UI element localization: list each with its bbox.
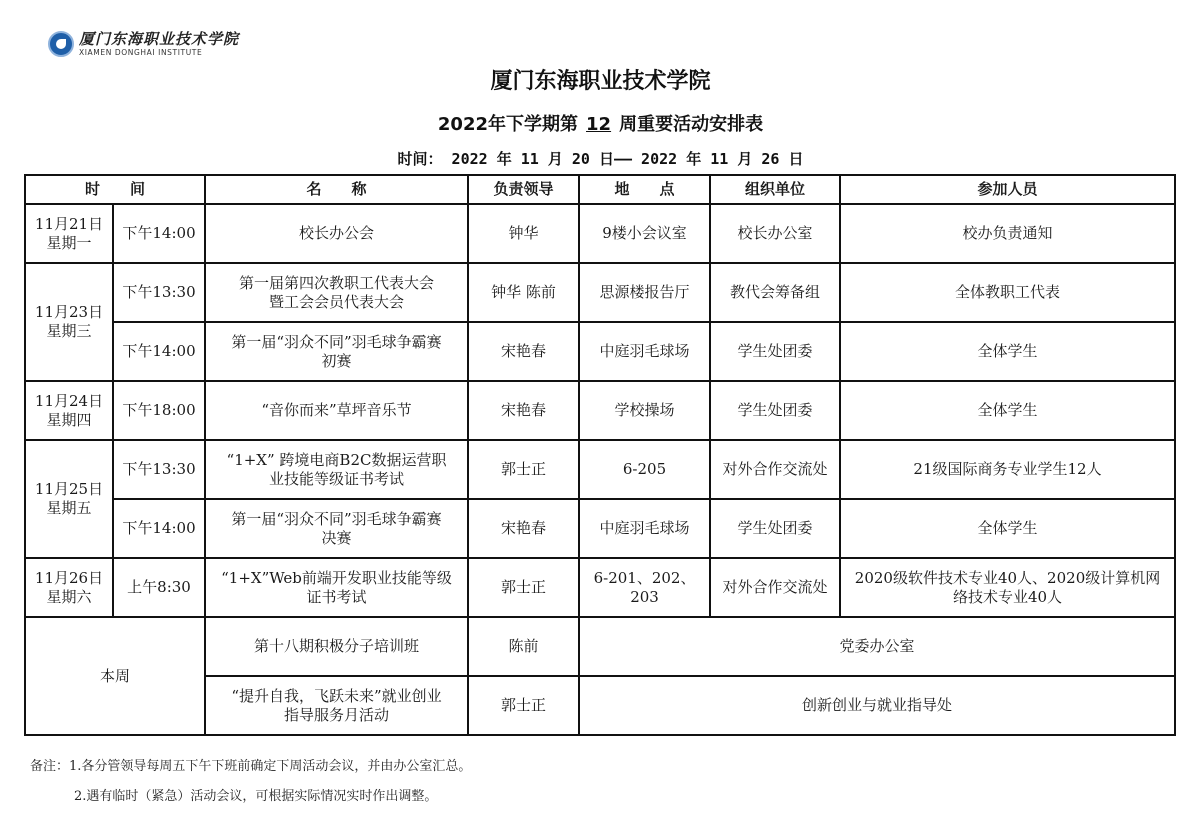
- date-cell: 11月23日星期三: [25, 263, 113, 381]
- table-row: 11月24日星期四下午18:00“音你而来”草坪音乐节宋艳春学校操场学生处团委全…: [25, 381, 1175, 440]
- date-cell: 11月21日星期一: [25, 204, 113, 263]
- org-cell: 学生处团委: [710, 499, 840, 558]
- place-cell: 学校操场: [579, 381, 710, 440]
- org-cell: 教代会筹备组: [710, 263, 840, 322]
- schedule-table: 时 间 名 称 负责领导 地 点 组织单位 参加人员 11月21日星期一下午14…: [24, 174, 1176, 736]
- place-cell: 6-205: [579, 440, 710, 499]
- leader-cell: 宋艳春: [468, 322, 579, 381]
- activity-name-cell: 第一届“羽众不同”羽毛球争霸赛决赛: [205, 499, 468, 558]
- week-number: 12: [578, 114, 619, 135]
- leader-cell: 宋艳春: [468, 381, 579, 440]
- place-cell: 9楼小会议室: [579, 204, 710, 263]
- activity-name-cell: 第十八期积极分子培训班: [205, 617, 468, 676]
- attendees-cell: 全体教职工代表: [840, 263, 1175, 322]
- this-week-label: 本周: [25, 617, 205, 735]
- header-place: 地 点: [579, 175, 710, 204]
- note-2: 2.遇有临时（紧急）活动会议，可根据实际情况实时作出调整。: [30, 788, 471, 818]
- table-row: 下午14:00第一届“羽众不同”羽毛球争霸赛初赛宋艳春中庭羽毛球场学生处团委全体…: [25, 322, 1175, 381]
- table-row: 11月26日星期六上午8:30“1+X”Web前端开发职业技能等级证书考试郭士正…: [25, 558, 1175, 617]
- document-title: 厦门东海职业技术学院: [0, 64, 1201, 95]
- logo-en-name: XIAMEN DONGHAI INSTITUTE: [79, 49, 239, 57]
- time-cell: 下午14:00: [113, 322, 205, 381]
- time-cell: 下午18:00: [113, 381, 205, 440]
- date-cell: 11月24日星期四: [25, 381, 113, 440]
- leader-cell: 郭士正: [468, 440, 579, 499]
- time-cell: 下午14:00: [113, 204, 205, 263]
- attendees-cell: 全体学生: [840, 322, 1175, 381]
- table-row: 11月21日星期一下午14:00校长办公会钟华9楼小会议室校长办公室校办负责通知: [25, 204, 1175, 263]
- school-emblem-icon: [48, 31, 74, 57]
- activity-name-cell: “1+X”Web前端开发职业技能等级证书考试: [205, 558, 468, 617]
- org-cell: 创新创业与就业指导处: [579, 676, 1175, 735]
- org-cell: 党委办公室: [579, 617, 1175, 676]
- place-cell: 中庭羽毛球场: [579, 322, 710, 381]
- attendees-cell: 全体学生: [840, 499, 1175, 558]
- this-week-row: 本周第十八期积极分子培训班陈前党委办公室: [25, 617, 1175, 676]
- activity-name-cell: “提升自我，飞跃未来”就业创业指导服务月活动: [205, 676, 468, 735]
- place-cell: 6-201、202、203: [579, 558, 710, 617]
- header-attendees: 参加人员: [840, 175, 1175, 204]
- time-cell: 下午13:30: [113, 263, 205, 322]
- header-leader: 负责领导: [468, 175, 579, 204]
- activity-name-cell: “1+X” 跨境电商B2C数据运营职业技能等级证书考试: [205, 440, 468, 499]
- org-cell: 对外合作交流处: [710, 558, 840, 617]
- table-row: 11月23日星期三下午13:30第一届第四次教职工代表大会暨工会会员代表大会钟华…: [25, 263, 1175, 322]
- org-cell: 校长办公室: [710, 204, 840, 263]
- leader-cell: 陈前: [468, 617, 579, 676]
- attendees-cell: 校办负责通知: [840, 204, 1175, 263]
- activity-name-cell: 第一届第四次教职工代表大会暨工会会员代表大会: [205, 263, 468, 322]
- date-cell: 11月26日星期六: [25, 558, 113, 617]
- notes: 备注：1.各分管领导每周五下午下班前确定下周活动会议，并由办公室汇总。 2.遇有…: [30, 758, 471, 818]
- header-time: 时 间: [25, 175, 205, 204]
- date-range: 时间： 2022 年 11 月 20 日—— 2022 年 11 月 26 日: [0, 148, 1201, 169]
- leader-cell: 钟华: [468, 204, 579, 263]
- header-name: 名 称: [205, 175, 468, 204]
- org-cell: 对外合作交流处: [710, 440, 840, 499]
- document-subtitle: 2022年下学期第12周重要活动安排表: [0, 110, 1201, 136]
- date-cell: 11月25日星期五: [25, 440, 113, 558]
- subtitle-prefix: 2022年下学期第: [438, 114, 578, 135]
- time-cell: 上午8:30: [113, 558, 205, 617]
- org-cell: 学生处团委: [710, 322, 840, 381]
- school-logo: 厦门东海职业技术学院 XIAMEN DONGHAI INSTITUTE: [48, 31, 239, 57]
- leader-cell: 宋艳春: [468, 499, 579, 558]
- activity-name-cell: 校长办公会: [205, 204, 468, 263]
- place-cell: 中庭羽毛球场: [579, 499, 710, 558]
- table-row: 11月25日星期五下午13:30“1+X” 跨境电商B2C数据运营职业技能等级证…: [25, 440, 1175, 499]
- time-cell: 下午13:30: [113, 440, 205, 499]
- leader-cell: 郭士正: [468, 676, 579, 735]
- attendees-cell: 21级国际商务专业学生12人: [840, 440, 1175, 499]
- logo-cn-name: 厦门东海职业技术学院: [79, 32, 239, 47]
- header-org: 组织单位: [710, 175, 840, 204]
- header-row: 时 间 名 称 负责领导 地 点 组织单位 参加人员: [25, 175, 1175, 204]
- attendees-cell: 全体学生: [840, 381, 1175, 440]
- activity-name-cell: 第一届“羽众不同”羽毛球争霸赛初赛: [205, 322, 468, 381]
- leader-cell: 郭士正: [468, 558, 579, 617]
- leader-cell: 钟华 陈前: [468, 263, 579, 322]
- subtitle-suffix: 周重要活动安排表: [619, 114, 763, 135]
- place-cell: 思源楼报告厅: [579, 263, 710, 322]
- table-row: 下午14:00第一届“羽众不同”羽毛球争霸赛决赛宋艳春中庭羽毛球场学生处团委全体…: [25, 499, 1175, 558]
- note-1: 备注：1.各分管领导每周五下午下班前确定下周活动会议，并由办公室汇总。: [30, 758, 471, 788]
- attendees-cell: 2020级软件技术专业40人、2020级计算机网络技术专业40人: [840, 558, 1175, 617]
- org-cell: 学生处团委: [710, 381, 840, 440]
- activity-name-cell: “音你而来”草坪音乐节: [205, 381, 468, 440]
- time-cell: 下午14:00: [113, 499, 205, 558]
